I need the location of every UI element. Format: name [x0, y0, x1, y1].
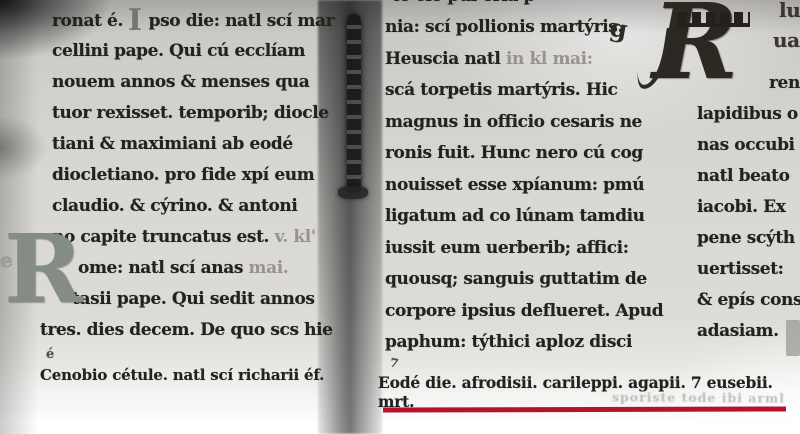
- line-text: ome: natl scí anas: [78, 258, 243, 278]
- line-text: no capite truncatus est.: [52, 227, 269, 247]
- manuscript-line: cellini pape. Qui cú ecclíam: [52, 36, 334, 67]
- manuscript-line: corpore ipsius deflueret. Apud: [385, 296, 663, 328]
- manuscript-line: natl beato: [697, 161, 800, 192]
- manuscript-line: Heuscia natl in kl mai:: [385, 44, 663, 76]
- manuscript-line: tuor rexisset. temporib; diocle: [52, 98, 334, 129]
- line-text: cellini pape. Qui cú ecclíam: [52, 41, 305, 61]
- faint-rubric-text: mai.: [243, 258, 288, 278]
- manuscript-line: nouisset esse xpíanum: pmú: [385, 170, 663, 202]
- line-text: ronat é.: [52, 11, 123, 31]
- initial-frame-crenellation: [678, 12, 750, 27]
- line-text: quousq; sanguis guttatim de: [385, 269, 647, 289]
- manuscript-line: adasiam.: [697, 316, 800, 347]
- manuscript-line: ren: [697, 68, 800, 99]
- line-text: corpore ipsius deflueret. Apud: [385, 301, 663, 321]
- line-text: ronis fuit. Hunc nero cú cog: [385, 143, 643, 163]
- manuscript-line: claudio. & cýrino. & antoni: [52, 191, 334, 222]
- manuscript-line: tres. dies decem. De quo scs hie: [40, 315, 334, 346]
- manuscript-line: scá torpetis martýris. Hic: [385, 75, 663, 107]
- manuscript-line: tasii pape. Qui sedit annos: [52, 284, 334, 315]
- line-text: Heuscia natl: [385, 49, 500, 69]
- red-annotation-underline: [383, 406, 786, 412]
- line-text: iussit eum uerberib; affici:: [385, 238, 629, 258]
- line-text: scá torpetis martýris. Hic: [385, 80, 618, 100]
- line-text: nouisset esse xpíanum: pmú: [385, 175, 644, 195]
- line-text: ligatum ad co lúnam tamdiu: [385, 206, 645, 226]
- manuscript-line: ronis fuit. Hunc nero cú cog: [385, 138, 663, 170]
- manuscript-line: & epís cons: [697, 285, 800, 316]
- manuscript-line: nouem annos & menses qua: [52, 67, 334, 98]
- manuscript-line: lapidibus o: [697, 99, 800, 130]
- edge-text-fragment: ua: [773, 28, 800, 52]
- middle-text-column: nia: scí pollionis martýris. Heuscia nat…: [385, 12, 663, 359]
- line-text: tres. dies decem. De quo scs hie: [40, 320, 333, 340]
- margin-mark-e: e: [0, 248, 12, 272]
- line-text: tasii pape. Qui sedit annos: [72, 289, 315, 309]
- initial-letter-i: I: [128, 3, 142, 38]
- manuscript-line: nas occubi: [697, 130, 800, 161]
- line-text: nia: scí pollionis martýris.: [385, 17, 623, 37]
- gutter-ornament-foot: [338, 186, 368, 199]
- manuscript-line: uertisset:: [697, 254, 800, 285]
- manuscript-line: quousq; sanguis guttatim de: [385, 264, 663, 296]
- line-text: nouem annos & menses qua: [52, 72, 309, 92]
- line-text: pso die: natl scí mar: [149, 11, 335, 31]
- erased-mark-smudge: [786, 320, 800, 356]
- illuminated-initial-r: R: [4, 222, 83, 317]
- manuscript-line: pene scýth: [697, 223, 800, 254]
- line-text: paphum: týthici aploz disci: [385, 332, 632, 352]
- insertion-mark: é: [46, 347, 54, 362]
- manuscript-line: magnus in officio cesaris ne: [385, 107, 663, 139]
- clipped-top-line-fragment: te cle pui eria p: [392, 0, 535, 7]
- manuscript-line: iussit eum uerberib; affici:: [385, 233, 663, 265]
- manuscript-line: paphum: týthici aploz disci: [385, 327, 663, 359]
- manuscript-line: ome: natl scí anas mai.: [52, 253, 334, 284]
- left-text-column: ronat é.Ipso die: natl scí mar cellini p…: [52, 5, 334, 346]
- manuscript-line: iacobi. Ex: [697, 192, 800, 223]
- line-text: claudio. & cýrino. & antoni: [52, 196, 297, 216]
- manuscript-line: diocletiano. pro fide xpí eum: [52, 160, 334, 191]
- line-text: tuor rexisset. temporib; diocle: [52, 103, 329, 123]
- manuscript-line: tiani & maximiani ab eodé: [52, 129, 334, 160]
- faint-rubric-text: in kl mai:: [500, 49, 592, 69]
- line-text: tiani & maximiani ab eodé: [52, 134, 293, 154]
- added-line-bottom: Eodé die. afrodisii. carileppi. agapii. …: [378, 373, 800, 411]
- faint-rubric-text: v. kl': [269, 227, 316, 247]
- line-text: diocletiano. pro fide xpí eum: [52, 165, 314, 185]
- manuscript-line: no capite truncatus est. v. kl': [52, 222, 334, 253]
- gutter-ornament-bar: [347, 14, 361, 190]
- added-line-left: Cenobio cétule. natl scí richarii éf.: [40, 366, 324, 384]
- manuscript-line: ligatum ad co lúnam tamdiu: [385, 201, 663, 233]
- manuscript-line: ronat é.Ipso die: natl scí mar: [52, 5, 334, 36]
- line-text: magnus in officio cesaris ne: [385, 112, 642, 132]
- edge-text-fragment: lu: [779, 0, 800, 22]
- manuscript-photo: ronat é.Ipso die: natl scí mar cellini p…: [0, 0, 800, 434]
- right-text-column: ren lapidibus o nas occubi natl beato ia…: [697, 68, 800, 347]
